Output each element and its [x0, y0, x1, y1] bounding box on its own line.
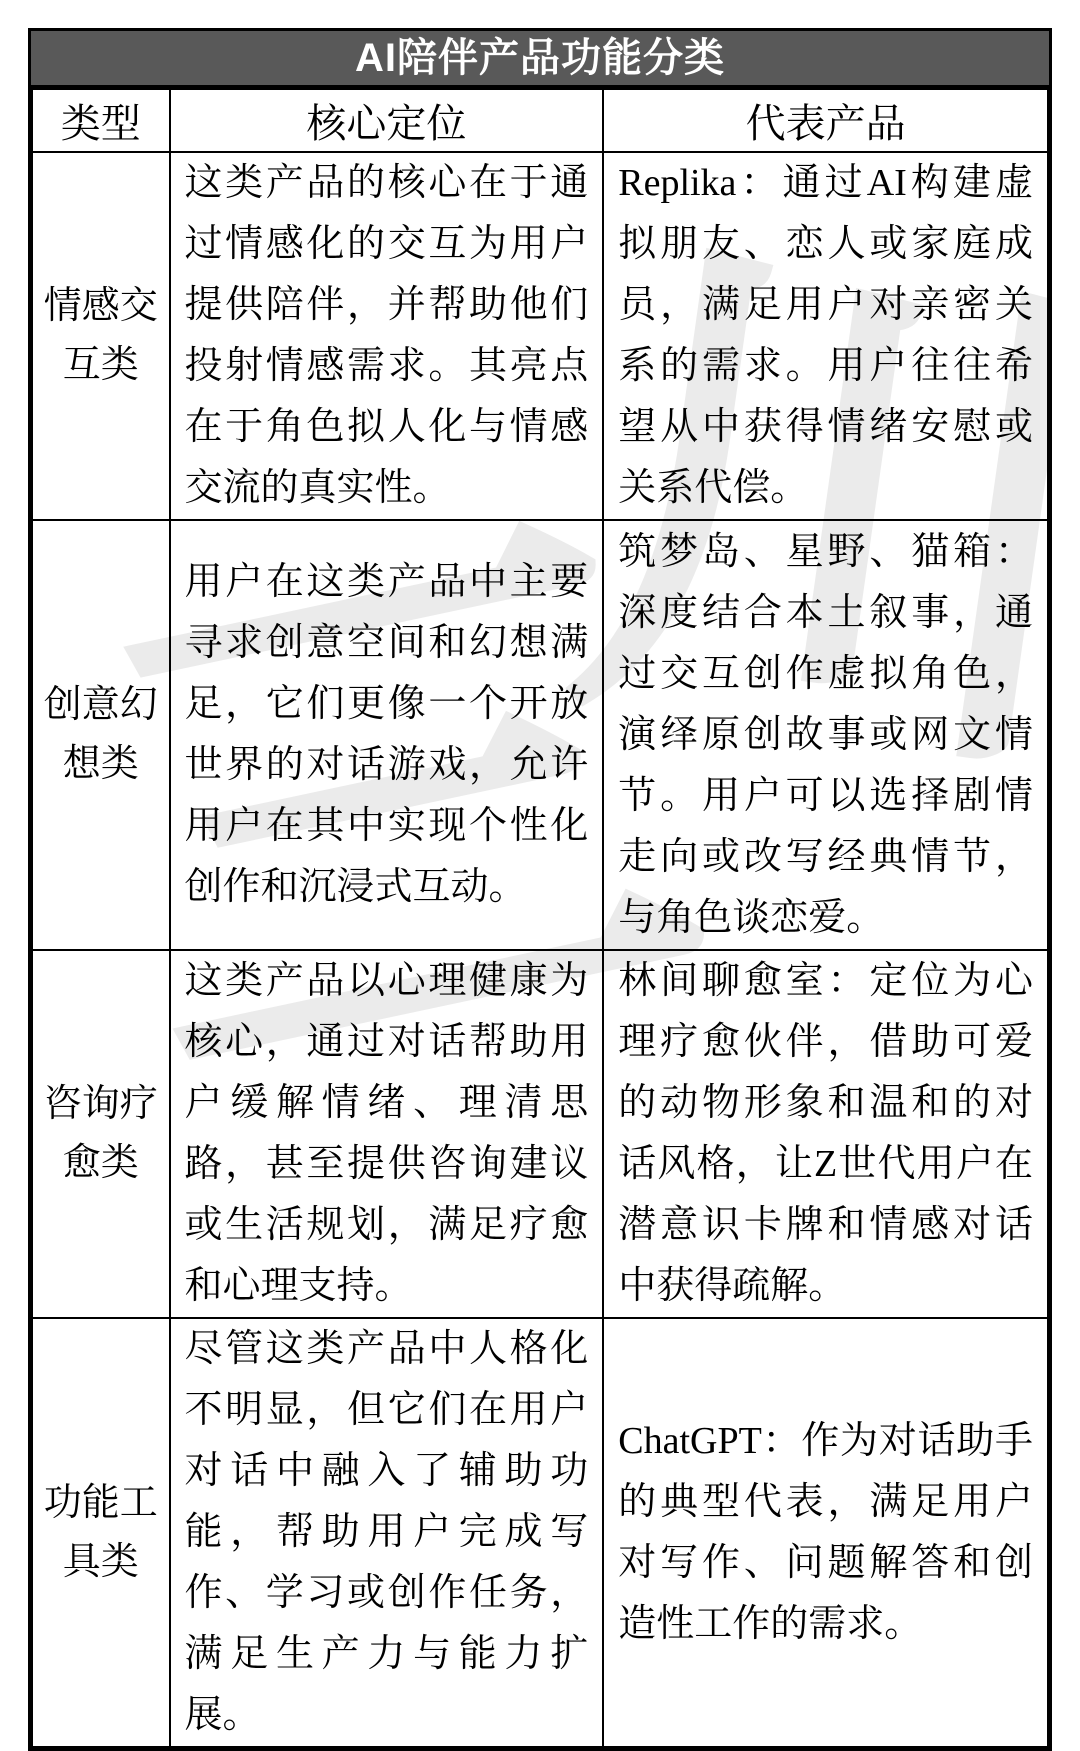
page-title: AI陪伴产品功能分类	[31, 31, 1049, 88]
core-positioning-cell: 这类产品以心理健康为核心，通过对话帮助用户缓解情绪、理清思路，甚至提供咨询建议或…	[170, 950, 604, 1318]
core-positioning-cell: 用户在这类产品中主要寻求创意空间和幻想满足，它们更像一个开放世界的对话游戏，允许…	[170, 520, 604, 950]
type-cell: 咨询疗愈类	[32, 950, 170, 1318]
type-cell: 创意幻想类	[32, 520, 170, 950]
type-cell: 情感交互类	[32, 152, 170, 520]
type-cell: 功能工具类	[32, 1318, 170, 1747]
table-row-counseling-healing: 咨询疗愈类 这类产品以心理健康为核心，通过对话帮助用户缓解情绪、理清思路，甚至提…	[32, 950, 1048, 1318]
representative-product-cell: Replika：通过AI构建虚拟朋友、恋人或家庭成员，满足用户对亲密关系的需求。…	[603, 152, 1048, 520]
representative-product-cell: 林间聊愈室：定位为心理疗愈伙伴，借助可爱的动物形象和温和的对话风格，让Z世代用户…	[603, 950, 1048, 1318]
representative-product-cell: ChatGPT：作为对话助手的典型代表，满足用户对写作、问题解答和创造性工作的需…	[603, 1318, 1048, 1747]
core-positioning-cell: 尽管这类产品中人格化不明显，但它们在用户对话中融入了辅助功能，帮助用户完成写作、…	[170, 1318, 604, 1747]
classification-table: 三 川 AI陪伴产品功能分类 类型 核心定位 代表产品 情感交互类 这类产品的核…	[28, 28, 1052, 1751]
representative-product-cell: 筑梦岛、星野、猫箱：深度结合本土叙事，通过交互创作虚拟角色，演绎原创故事或网文情…	[603, 520, 1048, 950]
table-row-emotional-interaction: 情感交互类 这类产品的核心在于通过情感化的交互为用户提供陪伴，并帮助他们投射情感…	[32, 152, 1048, 520]
table-body: 类型 核心定位 代表产品 情感交互类 这类产品的核心在于通过情感化的交互为用户提…	[31, 88, 1049, 1748]
column-header-type: 类型	[32, 89, 170, 152]
core-positioning-cell: 这类产品的核心在于通过情感化的交互为用户提供陪伴，并帮助他们投射情感需求。其亮点…	[170, 152, 604, 520]
header-row: 类型 核心定位 代表产品	[32, 89, 1048, 152]
column-header-core-positioning: 核心定位	[170, 89, 604, 152]
column-header-representative-product: 代表产品	[603, 89, 1048, 152]
table-row-functional-tool: 功能工具类 尽管这类产品中人格化不明显，但它们在用户对话中融入了辅助功能，帮助用…	[32, 1318, 1048, 1747]
table-row-creative-fantasy: 创意幻想类 用户在这类产品中主要寻求创意空间和幻想满足，它们更像一个开放世界的对…	[32, 520, 1048, 950]
